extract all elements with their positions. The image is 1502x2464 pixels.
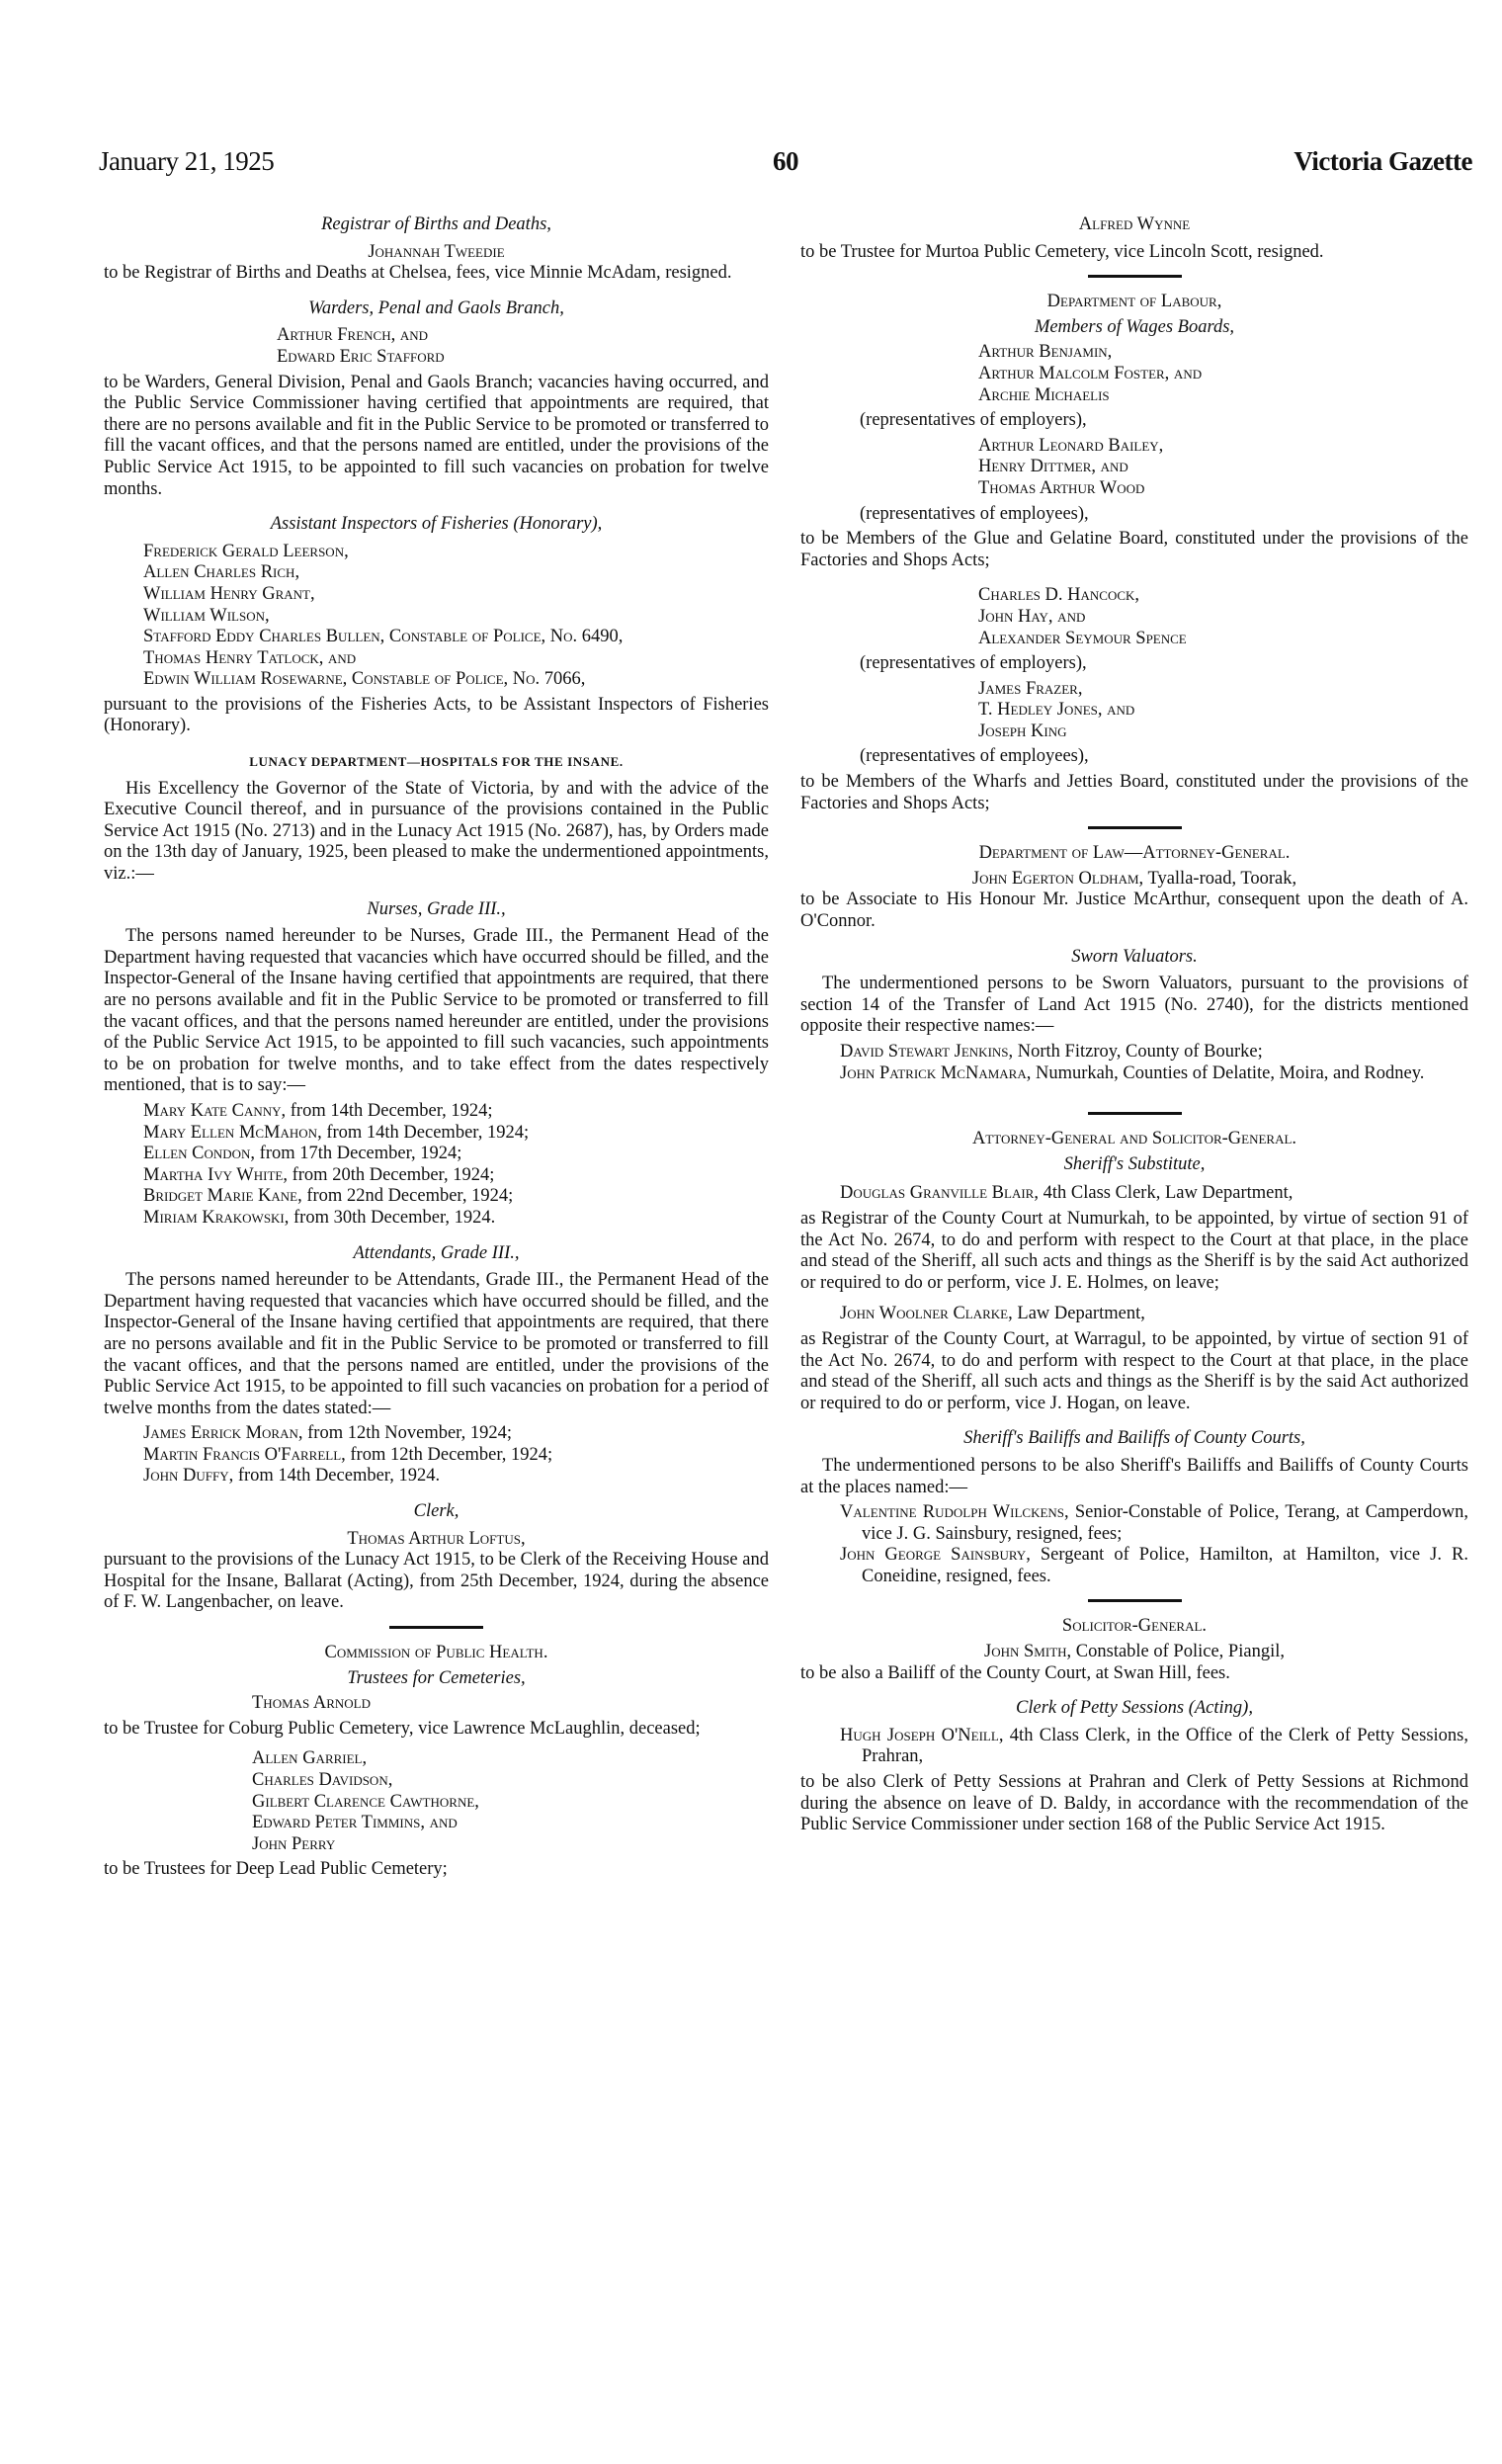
bailiff-list: Valentine Rudolph Wilckens, Senior-Const… (800, 1502, 1468, 1587)
nurse-list: Mary Kate Canny, from 14th December, 192… (104, 1101, 769, 1230)
appointee-name: Charles D. Hancock, (978, 585, 1468, 607)
section-solicitor-general: Solicitor-General. John Smith, Constable… (800, 1616, 1468, 1835)
appointee-name: Edward Eric Stafford (277, 347, 769, 369)
section-lunacy-department: LUNACY DEPARTMENT—HOSPITALS FOR THE INSA… (104, 751, 769, 1614)
section-divider (1088, 1599, 1182, 1602)
appointee-name: Joseph King (978, 722, 1468, 743)
list-item: Ellen Condon, from 17th December, 1924; (143, 1144, 769, 1165)
section-heading: Attendants, Grade III., (104, 1243, 769, 1265)
appointee-name: John Egerton Oldham (972, 869, 1139, 889)
section-heading: Registrar of Births and Deaths, (104, 214, 769, 236)
valuator-list: David Stewart Jenkins, North Fitzroy, Co… (800, 1042, 1468, 1084)
section-murtoa-cemetery: Alfred Wynne to be Trustee for Murtoa Pu… (800, 214, 1468, 263)
appointment-text: to be also a Bailiff of the County Court… (800, 1663, 1468, 1685)
section-heading: Nurses, Grade III., (104, 899, 769, 921)
section-heading: Sheriff's Bailiffs and Bailiffs of Count… (800, 1428, 1468, 1450)
list-item: Martin Francis O'Farrell, from 12th Dece… (143, 1445, 769, 1467)
appointee-name: Arthur Leonard Bailey, (978, 436, 1468, 458)
appointee-name: Arthur French, and (277, 325, 769, 347)
appointment-text: The persons named hereunder to be Nurses… (104, 926, 769, 1097)
appointment-text: The undermentioned persons to be Sworn V… (800, 974, 1468, 1038)
section-divider (1088, 1112, 1182, 1115)
attendant-list: James Errick Moran, from 12th November, … (104, 1423, 769, 1487)
section-warders: Warders, Penal and Gaols Branch, Arthur … (104, 298, 769, 500)
appointment-text: to be Trustees for Deep Lead Public Ceme… (104, 1859, 769, 1881)
appointment-text: as Registrar of the County Court, at War… (800, 1329, 1468, 1414)
appointee-name: Gilbert Clarence Cawthorne, (252, 1792, 769, 1814)
list-item: Martha Ivy White, from 20th December, 19… (143, 1165, 769, 1187)
employee-list: Arthur Leonard Bailey, Henry Dittmer, an… (800, 436, 1468, 500)
appointee-name: William Henry Grant, (104, 584, 769, 606)
appointee-name: Arthur Benjamin, (978, 342, 1468, 364)
appointee-name: Allen Garriel, (252, 1748, 769, 1770)
appointee-name: Stafford Eddy Charles Bullen, Constable … (104, 627, 769, 648)
appointee-name: John Hay, and (978, 607, 1468, 629)
department-heading: Commission of Public Health. (104, 1643, 769, 1664)
appointee-name: Edward Peter Timmins, and (252, 1813, 769, 1834)
section-department-of-law: Department of Law—Attorney-General. John… (800, 843, 1468, 1084)
appointment-text: to be also Clerk of Petty Sessions at Pr… (800, 1772, 1468, 1836)
list-item: Valentine Rudolph Wilckens, Senior-Const… (800, 1502, 1468, 1545)
appointee-name: T. Hedley Jones, and (978, 700, 1468, 722)
department-heading: Solicitor-General. (800, 1616, 1468, 1638)
section-divider (1088, 275, 1182, 278)
appointment-text: as Registrar of the County Court at Numu… (800, 1209, 1468, 1294)
appointee-name: Thomas Arnold (252, 1693, 769, 1715)
section-registrar-births-deaths: Registrar of Births and Deaths, Johannah… (104, 214, 769, 285)
section-heading: Warders, Penal and Gaols Branch, (104, 298, 769, 320)
appointee-name: Thomas Henry Tatlock, and (104, 648, 769, 670)
appointee-name: John Perry (252, 1834, 769, 1856)
appointment-text: to be Associate to His Honour Mr. Justic… (800, 890, 1468, 932)
list-item: David Stewart Jenkins, North Fitzroy, Co… (800, 1042, 1468, 1063)
appointee-name: Thomas Arthur Loftus, (104, 1529, 769, 1551)
representatives-label: (representatives of employers), (800, 410, 1468, 432)
section-heading: Trustees for Cemeteries, (104, 1668, 769, 1690)
list-item: James Errick Moran, from 12th November, … (143, 1423, 769, 1445)
employer-list: Arthur Benjamin, Arthur Malcolm Foster, … (800, 342, 1468, 406)
representatives-label: (representatives of employers), (800, 653, 1468, 675)
section-public-health: Commission of Public Health. Trustees fo… (104, 1643, 769, 1881)
governor-intro-text: His Excellency the Governor of the State… (104, 779, 769, 886)
section-heading: Sheriff's Substitute, (800, 1154, 1468, 1176)
appointee-line: Douglas Granville Blair, 4th Class Clerk… (800, 1183, 1468, 1205)
department-heading: Attorney-General and Solicitor-General. (800, 1129, 1468, 1150)
appointee-line: John Egerton Oldham, Tyalla-road, Toorak… (800, 869, 1468, 891)
appointment-text: pursuant to the provisions of the Lunacy… (104, 1550, 769, 1614)
appointee-line: Hugh Joseph O'Neill, 4th Class Clerk, in… (800, 1726, 1468, 1768)
appointee-name: Archie Michaelis (978, 385, 1468, 407)
appointee-list: Arthur French, and Edward Eric Stafford (104, 325, 769, 368)
list-item: Miriam Krakowski, from 30th December, 19… (143, 1208, 769, 1230)
appointment-text: to be Warders, General Division, Penal a… (104, 373, 769, 501)
appointee-name: Allen Charles Rich, (104, 562, 769, 584)
appointee-line: John Smith, Constable of Police, Piangil… (800, 1642, 1468, 1663)
section-heading: Assistant Inspectors of Fisheries (Honor… (104, 514, 769, 536)
appointee-list: Frederick Gerald Leerson, Allen Charles … (104, 542, 769, 691)
appointee-line: John Woolner Clarke, Law Department, (800, 1304, 1468, 1325)
section-divider (389, 1626, 483, 1629)
appointee-name: William Wilson, (104, 606, 769, 628)
section-heading: Clerk, (104, 1501, 769, 1523)
list-item: John George Sainsbury, Sergeant of Polic… (800, 1545, 1468, 1587)
department-heading: Department of Law—Attorney-General. (800, 843, 1468, 865)
appointment-text: The undermentioned persons to be also Sh… (800, 1456, 1468, 1498)
publication-title: Victoria Gazette (1293, 146, 1472, 177)
section-fisheries-inspectors: Assistant Inspectors of Fisheries (Honor… (104, 514, 769, 737)
appointment-text: to be Trustee for Murtoa Public Cemetery… (800, 242, 1468, 264)
appointee-name: Thomas Arthur Wood (978, 478, 1468, 500)
department-heading: LUNACY DEPARTMENT—HOSPITALS FOR THE INSA… (104, 751, 769, 773)
appointment-text: to be Trustee for Coburg Public Cemetery… (104, 1719, 769, 1741)
list-item: Bridget Marie Kane, from 22nd December, … (143, 1186, 769, 1208)
section-heading: Sworn Valuators. (800, 947, 1468, 969)
appointee-name: Alfred Wynne (800, 214, 1468, 236)
appointment-text: to be Registrar of Births and Deaths at … (104, 263, 769, 285)
section-heading: Clerk of Petty Sessions (Acting), (800, 1698, 1468, 1720)
list-item: John Duffy, from 14th December, 1924. (143, 1466, 769, 1487)
appointee-name: James Frazer, (978, 679, 1468, 701)
appointee-name: Alexander Seymour Spence (978, 629, 1468, 650)
department-heading: Department of Labour, (800, 292, 1468, 313)
appointment-text: to be Members of the Glue and Gelatine B… (800, 529, 1468, 571)
list-item: John Patrick McNamara, Numurkah, Countie… (800, 1063, 1468, 1085)
section-department-of-labour: Department of Labour, Members of Wages B… (800, 292, 1468, 814)
section-ag-and-sg: Attorney-General and Solicitor-General. … (800, 1129, 1468, 1587)
appointee-name: Johannah Tweedie (104, 242, 769, 264)
appointee-name: Edwin William Rosewarne, Constable of Po… (104, 669, 769, 691)
list-item: Mary Ellen McMahon, from 14th December, … (143, 1123, 769, 1145)
employer-list: Charles D. Hancock, John Hay, and Alexan… (800, 585, 1468, 649)
appointee-name: Frederick Gerald Leerson, (104, 542, 769, 563)
appointment-text: pursuant to the provisions of the Fisher… (104, 695, 769, 737)
appointee-list: Thomas Arnold (104, 1693, 769, 1715)
right-column: Alfred Wynne to be Trustee for Murtoa Pu… (800, 212, 1468, 1836)
list-item: Mary Kate Canny, from 14th December, 192… (143, 1101, 769, 1123)
page-header: January 21, 1925 60 Victoria Gazette (99, 146, 1472, 186)
left-column: Registrar of Births and Deaths, Johannah… (104, 212, 769, 1881)
appointee-name: Henry Dittmer, and (978, 457, 1468, 478)
appointee-list: Allen Garriel, Charles Davidson, Gilbert… (104, 1748, 769, 1855)
appointment-text: The persons named hereunder to be Attend… (104, 1270, 769, 1419)
page-number: 60 (99, 146, 1472, 177)
representatives-label: (representatives of employees), (800, 746, 1468, 768)
appointment-text: to be Members of the Wharfs and Jetties … (800, 772, 1468, 814)
section-heading: Members of Wages Boards, (800, 317, 1468, 339)
employee-list: James Frazer, T. Hedley Jones, and Josep… (800, 679, 1468, 743)
section-divider (1088, 826, 1182, 829)
appointee-name: Charles Davidson, (252, 1770, 769, 1792)
representatives-label: (representatives of employees), (800, 504, 1468, 526)
appointee-name: Arthur Malcolm Foster, and (978, 364, 1468, 385)
